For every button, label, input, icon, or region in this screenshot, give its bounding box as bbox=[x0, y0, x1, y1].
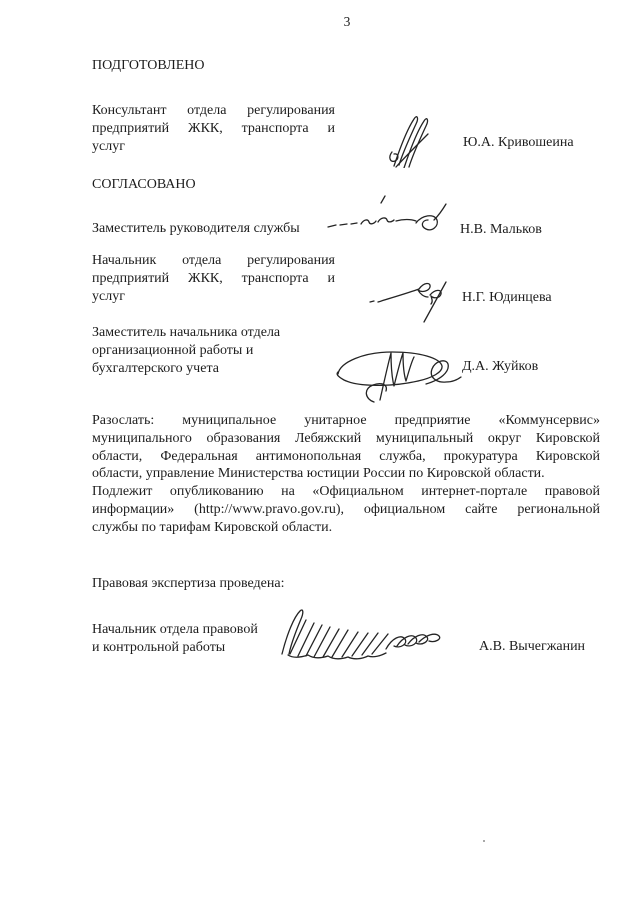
zhuykov-signature bbox=[330, 342, 462, 404]
distribution-line: муниципального образования Лебяжский мун… bbox=[92, 430, 600, 448]
signer-name-vychegzhanin: А.В. Вычегжанин bbox=[479, 638, 585, 656]
distribution-paragraph: Разослать: муниципальное унитарное предп… bbox=[92, 412, 600, 537]
publication-line: Подлежит опубликованию на «Официальном и… bbox=[92, 483, 600, 501]
page-number: 3 bbox=[92, 14, 602, 30]
job-title-head-legal: Начальник отдела правовой и контрольной … bbox=[92, 621, 302, 657]
job-title-deputy-head-org: Заместитель начальника отдела организаци… bbox=[92, 324, 335, 377]
signer-name-yudintseva: Н.Г. Юдинцева bbox=[462, 289, 552, 307]
job-title-consultant: Консультант отдела регулирования предпри… bbox=[92, 102, 335, 155]
job-title-line: предприятий ЖКК, транспорта и bbox=[92, 120, 335, 138]
job-title-line: услуг bbox=[92, 138, 335, 156]
publication-line: информации» (http://www.pravo.gov.ru), о… bbox=[92, 501, 600, 519]
document-page: 3 ПОДГОТОВЛЕНО Консультант отдела регули… bbox=[0, 0, 640, 905]
heading-prepared: ПОДГОТОВЛЕНО bbox=[92, 57, 204, 75]
signer-name-malkov: Н.В. Мальков bbox=[460, 221, 542, 239]
job-title-line: услуг bbox=[92, 288, 335, 306]
krivosheina-signature bbox=[386, 110, 432, 168]
job-title-line: Заместитель руководителя службы bbox=[92, 220, 300, 238]
job-title-deputy-head: Заместитель руководителя службы bbox=[92, 220, 300, 238]
heading-legal-review: Правовая экспертиза проведена: bbox=[92, 575, 284, 593]
distribution-line: области, Федеральная антимонопольная слу… bbox=[92, 448, 600, 466]
signer-name-krivosheina: Ю.А. Кривошеина bbox=[463, 134, 574, 152]
job-title-line: Заместитель начальника отдела bbox=[92, 324, 335, 342]
job-title-line: бухгалтерского учета bbox=[92, 360, 335, 378]
job-title-line: Начальник отдела правовой bbox=[92, 621, 302, 639]
job-title-line: организационной работы и bbox=[92, 342, 335, 360]
job-title-line: Консультант отдела регулирования bbox=[92, 102, 335, 120]
vychegzhanin-signature bbox=[278, 604, 448, 662]
heading-agreed: СОГЛАСОВАНО bbox=[92, 176, 196, 194]
job-title-line: предприятий ЖКК, транспорта и bbox=[92, 270, 335, 288]
scan-speck bbox=[483, 840, 485, 842]
yudintseva-signature bbox=[362, 274, 454, 324]
publication-line: службы по тарифам Кировской области. bbox=[92, 519, 600, 537]
job-title-head-regulation: Начальник отдела регулирования предприят… bbox=[92, 252, 335, 305]
signer-name-zhuykov: Д.А. Жуйков bbox=[462, 358, 538, 376]
job-title-line: Начальник отдела регулирования bbox=[92, 252, 335, 270]
distribution-line: области, управление Министерства юстиции… bbox=[92, 465, 600, 483]
distribution-line: Разослать: муниципальное унитарное предп… bbox=[92, 412, 600, 430]
job-title-line: и контрольной работы bbox=[92, 639, 302, 657]
malkov-signature bbox=[310, 194, 458, 246]
